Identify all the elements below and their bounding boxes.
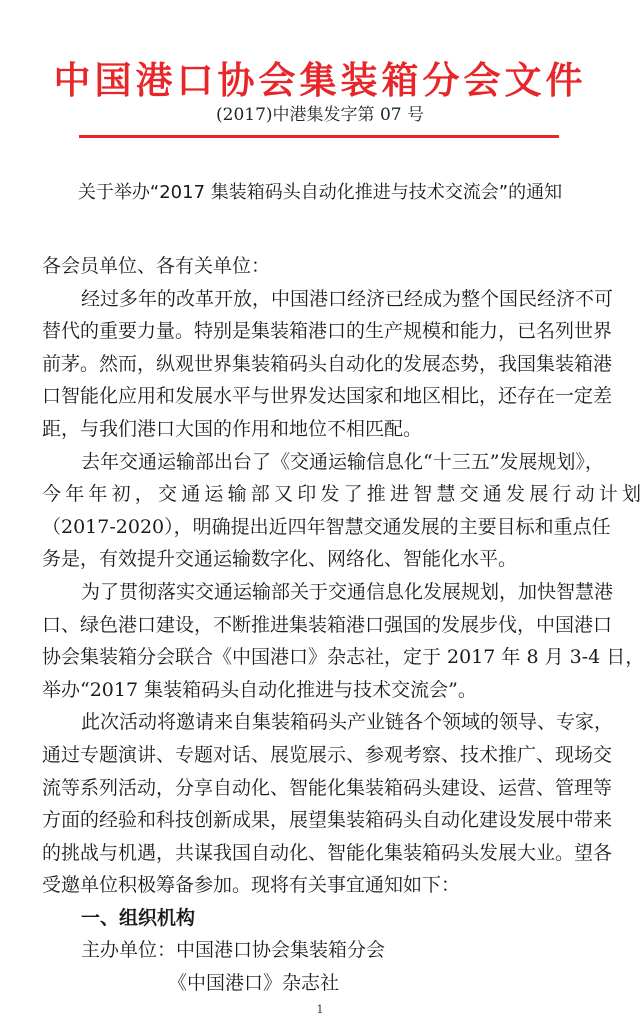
paragraph-line: 替代的重要力量。特别是集装箱港口的生产规模和能力，已名列世界 [42,315,602,348]
notice-title: 关于举办“2017 集装箱码头自动化推进与技术交流会”的通知 [0,178,640,204]
paragraph-line: 协会集装箱分会联合《中国港口》杂志社，定于 2017 年 8 月 3-4 日， [42,641,602,674]
paragraph-line: 举办“2017 集装箱码头自动化推进与技术交流会”。 [42,674,602,707]
paragraph-line: 为了贯彻落实交通运输部关于交通信息化发展规划，加快智慧港 [42,576,602,609]
paragraph-line: 去年交通运输部出台了《交通运输信息化“十三五”发展规划》， [42,446,602,479]
paragraph-line: 通过专题演讲、专题对话、展览展示、参观考察、技术推广、现场交 [42,739,602,772]
paragraph-4: 此次活动将邀请来自集装箱码头产业链各个领域的领导、专家， 通过专题演讲、专题对话… [42,706,602,902]
paragraph-line: 流等系列活动，分享自动化、智能化集装箱码头建设、运营、管理等 [42,772,602,805]
document-body: 各会员单位、各有关单位： 经过多年的改革开放，中国港口经济已经成为整个国民经济不… [42,250,602,1000]
paragraph-3: 为了贯彻落实交通运输部关于交通信息化发展规划，加快智慧港 口、绿色港口建设，不断… [42,576,602,706]
organizer-line: 主办单位：中国港口协会集装箱分会 [42,934,602,967]
section-heading: 一、组织机构 [42,902,602,935]
paragraph-line: 受邀单位积极筹备参加。现将有关事宜通知如下： [42,869,602,902]
paragraph-2: 去年交通运输部出台了《交通运输信息化“十三五”发展规划》， 今年年初，交通运输部… [42,446,602,576]
paragraph-line: 经过多年的改革开放，中国港口经济已经成为整个国民经济不可 [42,283,602,316]
paragraph-line: 今年年初，交通运输部又印发了推进智慧交通发展行动计划 [42,478,602,511]
paragraph-line: 口、绿色港口建设，不断推进集装箱港口强国的发展步伐，中国港口 [42,609,602,642]
paragraph-line: 距，与我们港口大国的作用和地位不相匹配。 [42,413,602,446]
paragraph-line: 口智能化应用和发展水平与世界发达国家和地区相比，还存在一定差 [42,380,602,413]
paragraph-line: 务是，有效提升交通运输数字化、网络化、智能化水平。 [42,543,602,576]
header-divider [79,135,559,138]
paragraph-1: 经过多年的改革开放，中国港口经济已经成为整个国民经济不可 替代的重要力量。特别是… [42,283,602,446]
document-header-title: 中国港口协会集装箱分会文件 [0,50,640,104]
salutation: 各会员单位、各有关单位： [42,250,602,283]
paragraph-line: 前茅。然而，纵观世界集装箱码头自动化的发展态势，我国集装箱港 [42,348,602,381]
paragraph-line: （2017-2020），明确提出近四年智慧交通发展的主要目标和重点任 [42,511,602,544]
organizer-second-line: 《中国港口》杂志社 [42,967,602,1000]
page-number: 1 [0,1003,640,1016]
paragraph-line: 此次活动将邀请来自集装箱码头产业链各个领域的领导、专家， [42,706,602,739]
document-number: (2017)中港集发字第 07 号 [0,100,640,125]
paragraph-line: 方面的经验和科技创新成果，展望集装箱码头自动化建设发展中带来 [42,804,602,837]
paragraph-line: 的挑战与机遇，共谋我国自动化、智能化集装箱码头发展大业。望各 [42,837,602,870]
